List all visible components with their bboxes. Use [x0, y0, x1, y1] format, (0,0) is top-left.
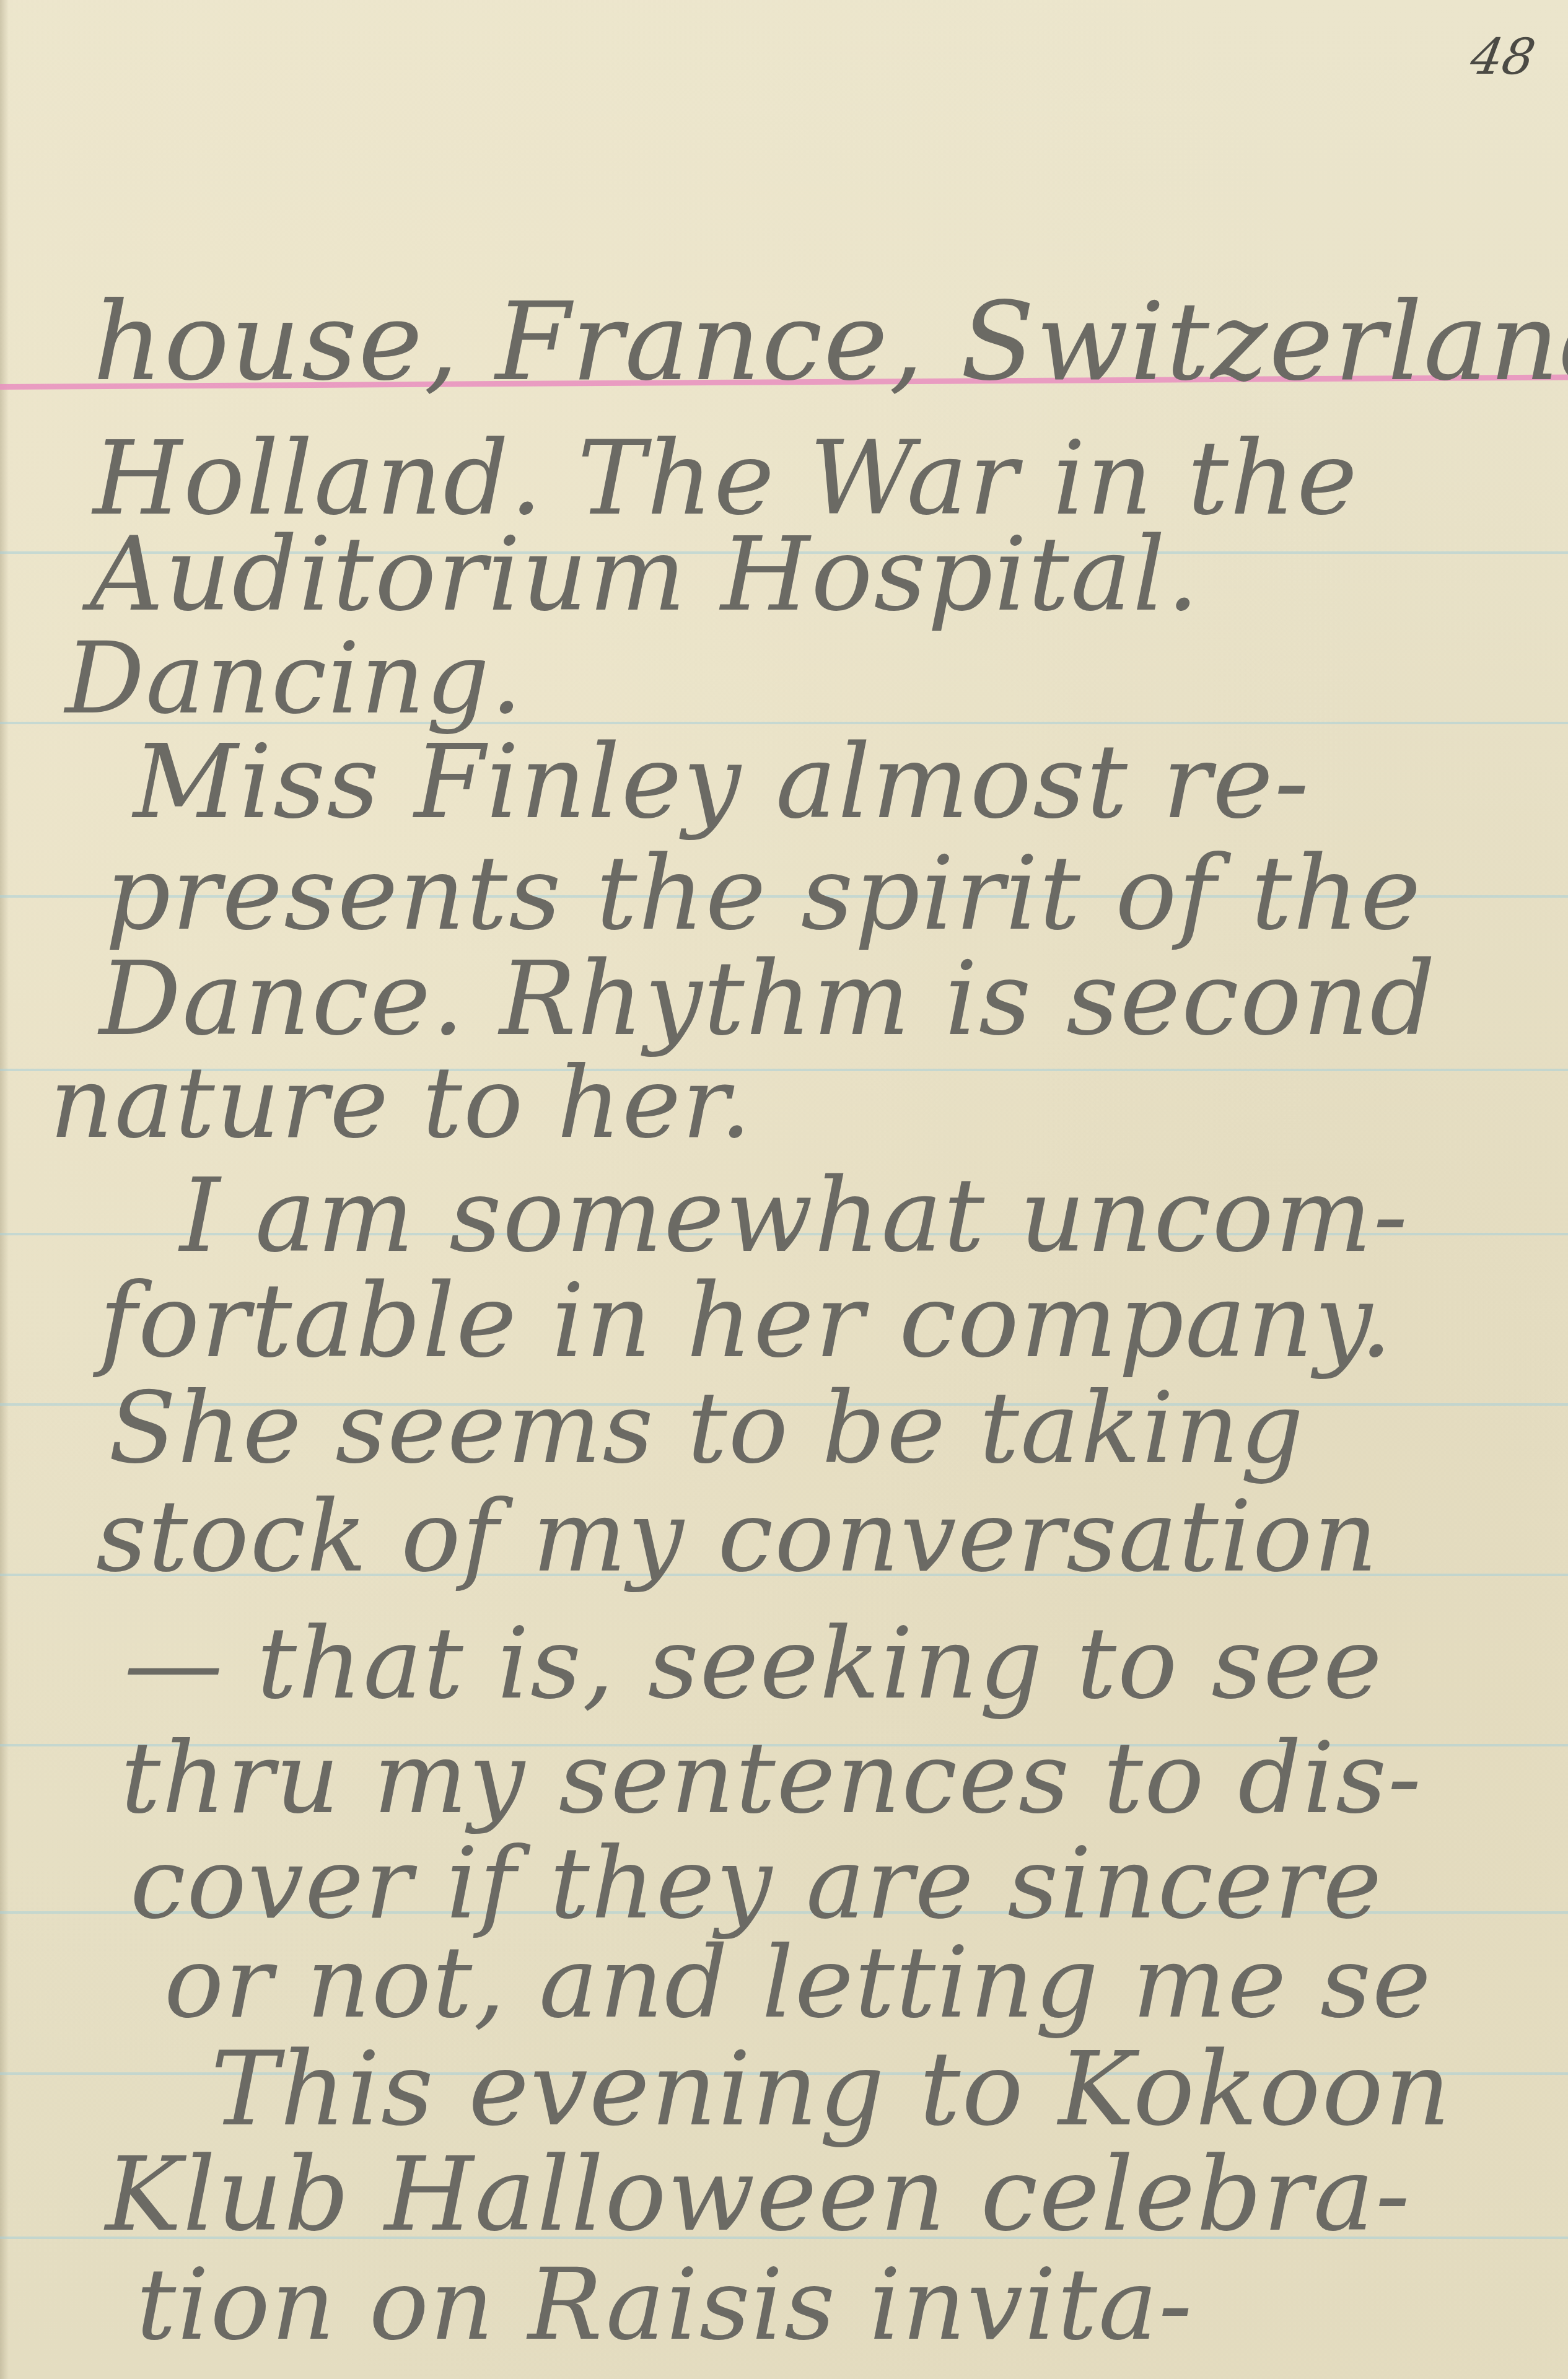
- handwritten-line: tion on Raisis invita-: [136, 2255, 1193, 2354]
- handwritten-line: or not, and letting me se: [164, 1933, 1432, 2032]
- handwritten-line: house, France, Switzerland: [93, 288, 1568, 396]
- handwritten-line: Miss Finley almost re-: [133, 731, 1310, 833]
- handwritten-line: Dance. Rhythm is second: [99, 948, 1437, 1050]
- handwritten-line: She seems to be taking: [108, 1378, 1305, 1478]
- handwritten-line: Klub Halloween celebra-: [105, 2144, 1411, 2246]
- page-left-edge-shadow: [0, 0, 9, 2379]
- handwritten-line: stock of my conversation: [96, 1487, 1378, 1586]
- handwritten-line: presents the spirit of the: [105, 843, 1422, 945]
- handwritten-line: thru my sentences to dis-: [121, 1728, 1422, 1828]
- handwritten-line: Dancing.: [65, 629, 523, 728]
- handwritten-line: cover if they are sincere: [130, 1834, 1383, 1933]
- handwritten-line: fortable in her company.: [99, 1270, 1393, 1372]
- notebook-page: 48 house, France, Switzerland Holland. T…: [0, 0, 1568, 2379]
- handwritten-line: Auditorium Hospital.: [90, 524, 1200, 626]
- handwritten-line: I am somewhat uncom-: [180, 1165, 1409, 1267]
- handwritten-line: nature to her.: [50, 1053, 753, 1152]
- handwritten-line: — that is, seeking to see: [124, 1614, 1383, 1713]
- handwritten-line: This evening to Kokoon: [211, 2038, 1452, 2140]
- page-number: 48: [1466, 28, 1540, 85]
